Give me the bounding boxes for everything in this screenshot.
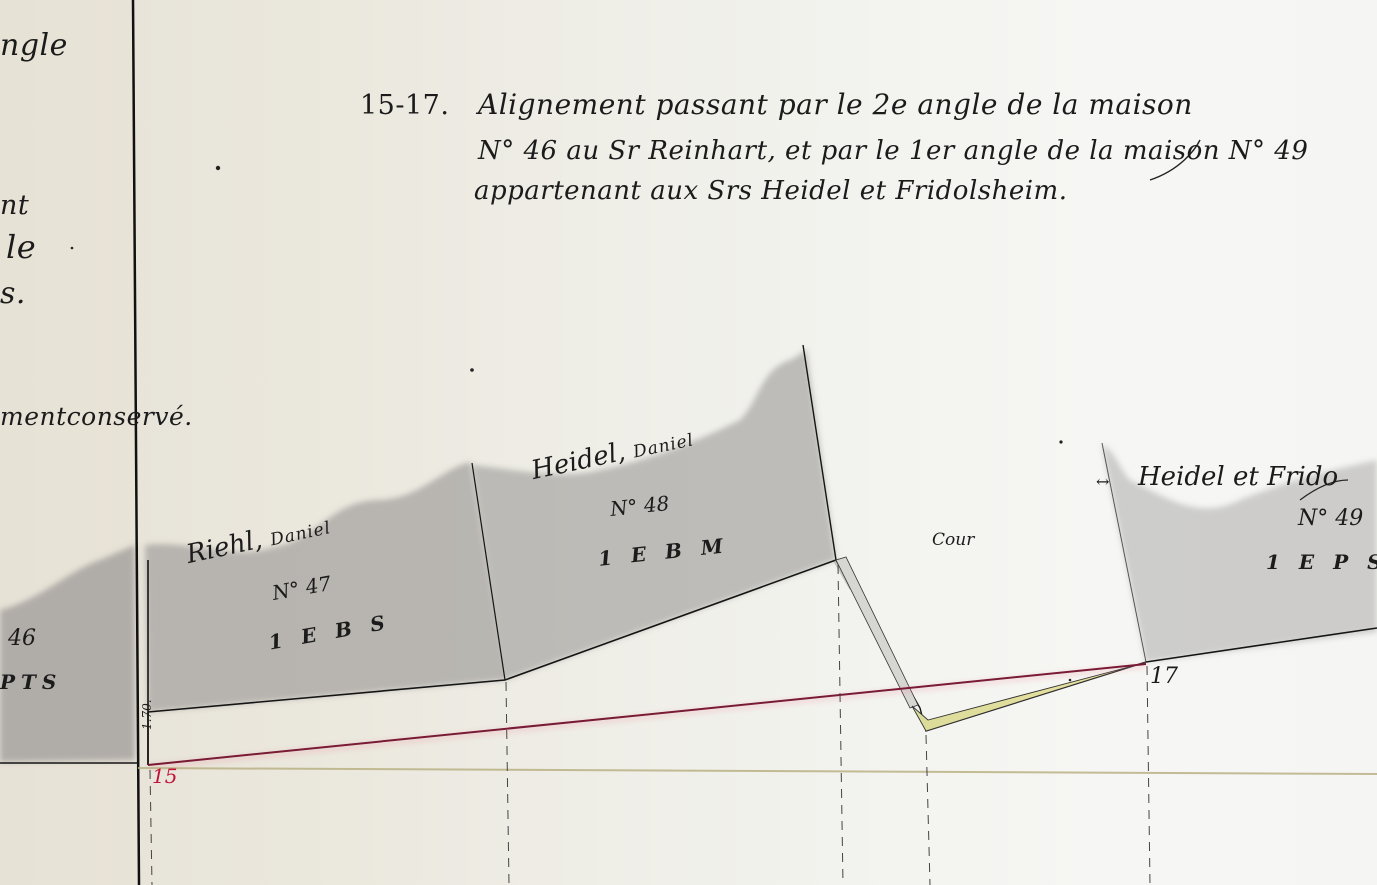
wall-strip xyxy=(836,557,918,708)
parcel-49-number: N° 49 xyxy=(1298,506,1363,531)
margin-text-3: le xyxy=(6,228,36,266)
courtyard-label: Cour xyxy=(932,530,974,550)
yellow-strip xyxy=(912,662,1146,731)
caption-ref: 15-17. xyxy=(360,90,449,121)
parcel-46-code: PTS xyxy=(0,670,62,694)
point-15-label: 15 xyxy=(152,764,177,788)
pencil-baseline xyxy=(138,768,1377,774)
point-17-label: 17 xyxy=(1150,664,1178,689)
offset-note: 1.70. xyxy=(140,699,154,730)
margin-text-1: ngle xyxy=(0,28,68,63)
caption-line-1: Alignement passant par le 2e angle de la… xyxy=(478,88,1193,121)
boundary-arrow-icon: ↔ xyxy=(1096,472,1109,491)
caption-line-3: appartenant aux Srs Heidel et Fridolshei… xyxy=(474,176,1067,206)
margin-text-4: s. xyxy=(0,276,26,311)
caption-line-2: N° 46 au Sr Reinhart, et par le 1er angl… xyxy=(478,136,1308,166)
margin-text-5: mentconservé. xyxy=(0,402,193,431)
parcel-49-code: 1 E P S xyxy=(1266,550,1377,574)
margin-text-2: nt xyxy=(0,190,29,221)
parcel-49-owner: Heidel et Frido xyxy=(1138,462,1338,492)
parcel-46-number: 46 xyxy=(8,626,36,651)
